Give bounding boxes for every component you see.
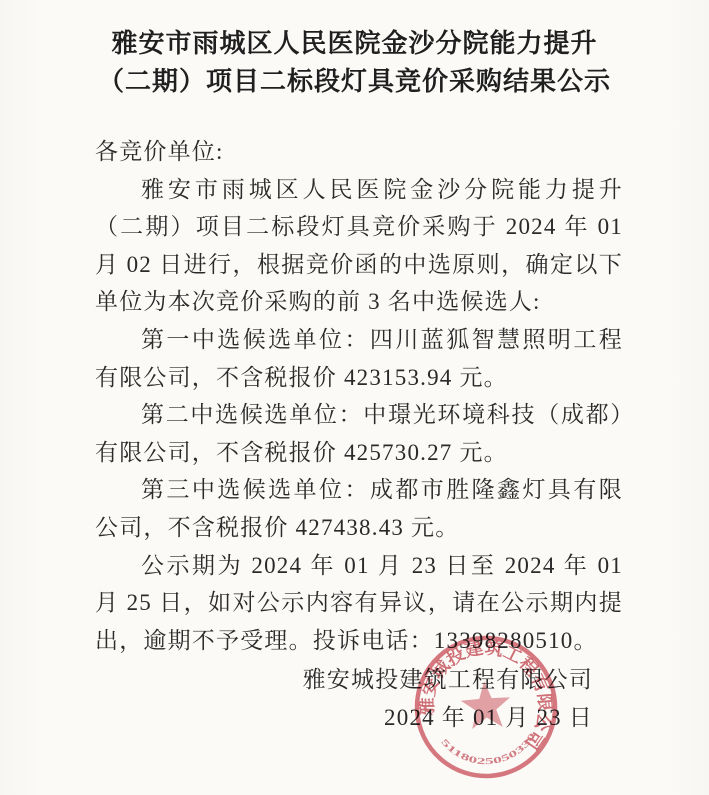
- salutation: 各竞价单位:: [95, 133, 623, 171]
- paragraph-candidate-3: 第三中选候选单位：成都市胜隆鑫灯具有限公司，不含税报价 427438.43 元。: [95, 471, 623, 546]
- signature-company: 雅安城投建筑工程有限公司: [303, 661, 593, 699]
- paragraph-candidate-2: 第二中选候选单位：中璟光环境科技（成都）有限公司，不含税报价 425730.27…: [95, 396, 623, 471]
- title-line-1: 雅安市雨城区人民医院金沙分院能力提升: [0, 24, 709, 62]
- document-body: 各竞价单位: 雅安市雨城区人民医院金沙分院能力提升（二期）项目二标段灯具竞价采购…: [95, 133, 623, 659]
- paragraph-intro: 雅安市雨城区人民医院金沙分院能力提升（二期）项目二标段灯具竞价采购于 2024 …: [95, 171, 623, 321]
- paragraph-publicity-period: 公示期为 2024 年 01 月 23 日至 2024 年 01 月 25 日，…: [95, 547, 623, 660]
- document-title: 雅安市雨城区人民医院金沙分院能力提升 （二期）项目二标段灯具竞价采购结果公示: [0, 24, 709, 100]
- paragraph-candidate-1: 第一中选候选单位：四川蓝狐智慧照明工程有限公司，不含税报价 423153.94 …: [95, 321, 623, 396]
- signature-date: 2024 年 01 月 23 日: [303, 699, 593, 737]
- title-line-2: （二期）项目二标段灯具竞价采购结果公示: [0, 62, 709, 100]
- scanned-notice-page: 雅安市雨城区人民医院金沙分院能力提升 （二期）项目二标段灯具竞价采购结果公示 各…: [0, 0, 709, 795]
- signature-block: 雅安城投建筑工程有限公司 2024 年 01 月 23 日: [303, 661, 593, 736]
